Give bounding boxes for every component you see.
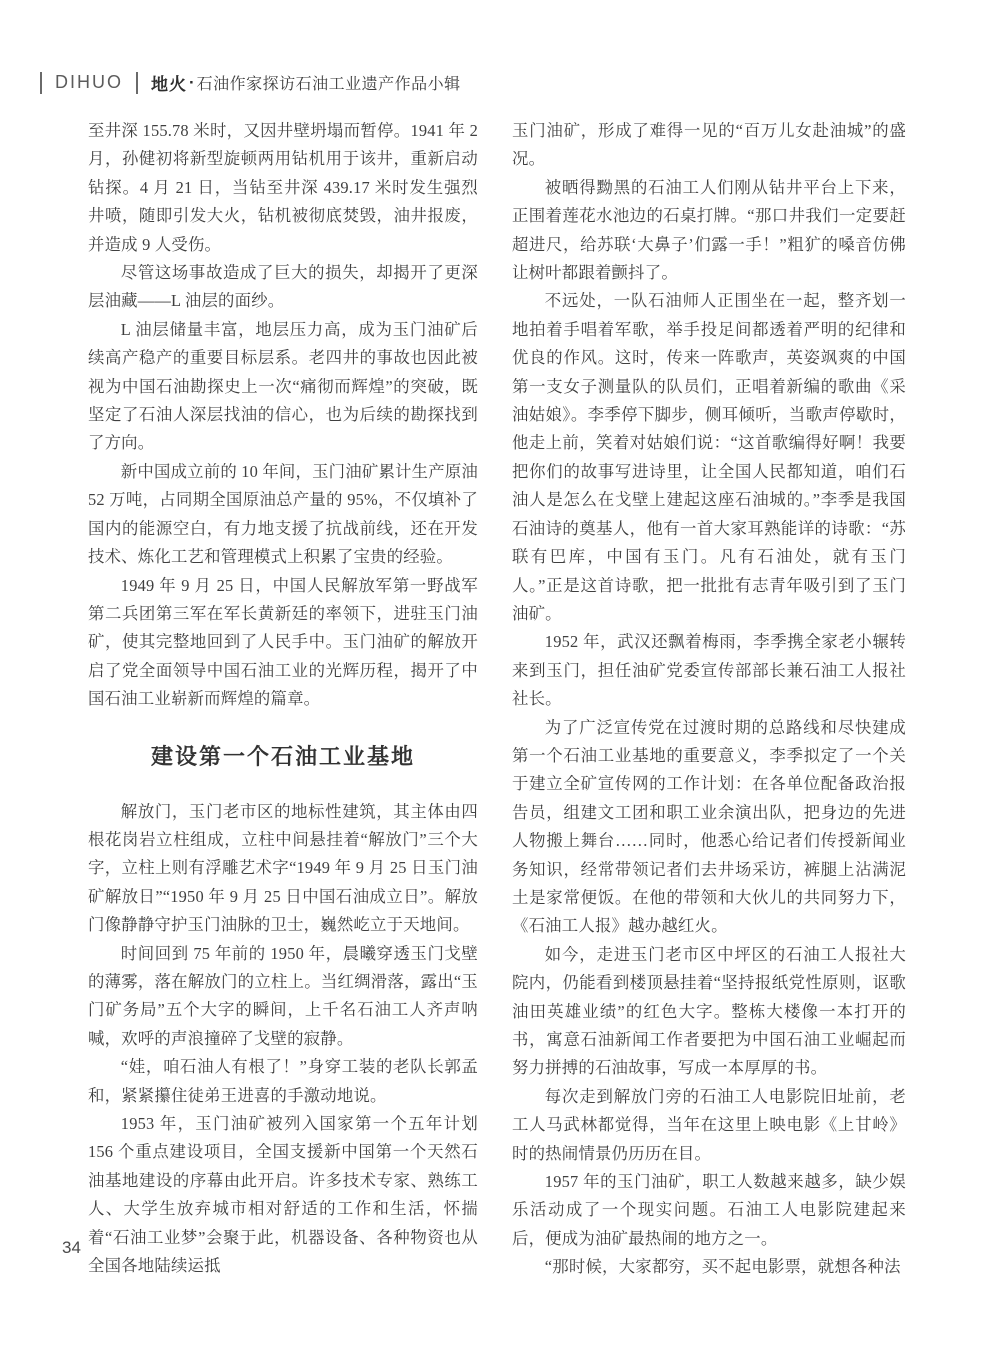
header-left-rule (40, 72, 42, 94)
body-paragraph: L 油层储量丰富，地层压力高，成为玉门油矿后续高产稳产的重要目标层系。老四井的事… (88, 316, 478, 458)
journal-name: 地火 (151, 70, 187, 95)
body-paragraph: 尽管这场事故造成了巨大的损失，却揭开了更深层油藏——L 油层的面纱。 (88, 259, 478, 316)
left-column: 至井深 155.78 米时，又因井壁坍塌而暂停。1941 年 2 月，孙健初将新… (88, 117, 478, 1282)
section-heading: 建设第一个石油工业基地 (88, 742, 478, 772)
body-paragraph: 1953 年，玉门油矿被列入国家第一个五年计划 156 个重点建设项目，全国支援… (88, 1110, 478, 1280)
body-paragraph: “娃，咱石油人有根了！”身穿工装的老队长郭孟和，紧紧攥住徒弟王进喜的手激动地说。 (88, 1053, 478, 1110)
header-dot-separator: · (189, 73, 195, 93)
body-paragraph: 时间回到 75 年前的 1950 年，晨曦穿透玉门戈壁的薄雾，落在解放门的立柱上… (88, 940, 478, 1054)
body-paragraph: 新中国成立前的 10 年间，玉门油矿累计生产原油 52 万吨，占同期全国原油总产… (88, 458, 478, 572)
page-header: DIHUO 地火 · 石油作家探访石油工业遗产作品小辑 (40, 70, 461, 95)
body-paragraph: 如今，走进玉门老市区中坪区的石油工人报社大院内，仍能看到楼顶悬挂着“坚持报纸党性… (512, 941, 906, 1083)
body-paragraph: 1949 年 9 月 25 日，中国人民解放军第一野战军第二兵团第三军在军长黄新… (88, 572, 478, 714)
body-paragraph: 不远处，一队石油师人正围坐在一起，整齐划一地拍着手唱着军歌，举手投足间都透着严明… (512, 287, 906, 628)
page-number: 34 (62, 1238, 81, 1258)
article-body: 至井深 155.78 米时，又因井壁坍塌而暂停。1941 年 2 月，孙健初将新… (88, 117, 906, 1282)
body-paragraph: “那时候，大家都穷，买不起电影票，就想各种法 (512, 1253, 906, 1281)
issue-title: 石油作家探访石油工业遗产作品小辑 (197, 71, 461, 94)
body-paragraph: 1957 年的玉门油矿，职工人数越来越多，缺少娱乐活动成了一个现实问题。石油工人… (512, 1168, 906, 1253)
body-paragraph: 玉门油矿，形成了难得一见的“百万儿女赴油城”的盛况。 (512, 117, 906, 174)
body-paragraph: 被晒得黝黑的石油工人们刚从钻井平台上下来，正围着莲花水池边的石桌打牌。“那口井我… (512, 174, 906, 288)
body-paragraph: 解放门，玉门老市区的地标性建筑，其主体由四根花岗岩立柱组成，立柱中间悬挂着“解放… (88, 798, 478, 940)
body-paragraph: 为了广泛宣传党在过渡时期的总路线和尽快建成第一个石油工业基地的重要意义，李季拟定… (512, 714, 906, 941)
body-paragraph: 至井深 155.78 米时，又因井壁坍塌而暂停。1941 年 2 月，孙健初将新… (88, 117, 478, 259)
right-column: 玉门油矿，形成了难得一见的“百万儿女赴油城”的盛况。 被晒得黝黑的石油工人们刚从… (512, 117, 906, 1282)
journal-abbreviation: DIHUO (55, 72, 123, 93)
header-divider-rule (136, 72, 138, 94)
body-paragraph: 1952 年，武汉还飘着梅雨，李季携全家老小辗转来到玉门，担任油矿党委宣传部部长… (512, 628, 906, 713)
body-paragraph: 每次走到解放门旁的石油工人电影院旧址前，老工人马武林都觉得，当年在这里上映电影《… (512, 1083, 906, 1168)
